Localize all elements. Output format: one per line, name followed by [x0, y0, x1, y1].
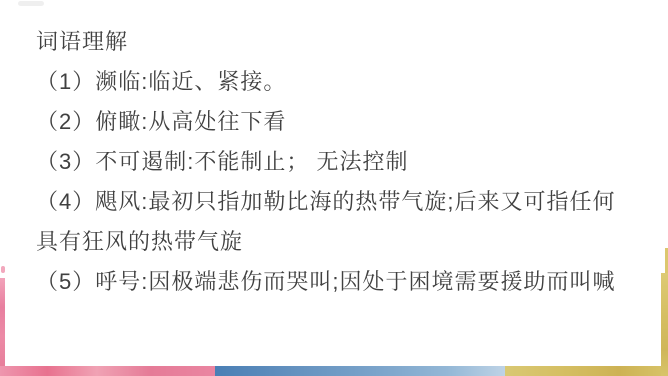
- definition-item-1: （1）濒临:临近、紧接。: [36, 62, 632, 102]
- watercolor-stripe-bottom-blue: [215, 366, 505, 376]
- definition-item-4: （4）飓风:最初只指加勒比海的热带气旋;后来又可指任何具有狂风的热带气旋: [36, 182, 632, 262]
- slide-canvas: 词语理解 （1）濒临:临近、紧接。 （2）俯瞰:从高处往下看 （3）不可遏制:不…: [0, 0, 668, 376]
- top-left-smudge: [18, 1, 44, 6]
- definition-item-5: （5）呼号:因极端悲伤而哭叫;因处于困境需要援助而叫喊: [36, 262, 632, 302]
- watercolor-stripe-bottom-pink: [0, 366, 215, 376]
- definition-item-3: （3）不可遏制:不能制止； 无法控制: [36, 142, 632, 182]
- watercolor-stripe-right-yellow: [661, 273, 668, 376]
- watercolor-stripe-left-pink-dot: [1, 266, 5, 273]
- watercolor-stripe-left-pink: [0, 278, 5, 376]
- definition-item-2: （2）俯瞰:从高处往下看: [36, 102, 632, 142]
- slide-title: 词语理解: [36, 22, 632, 62]
- slide-content: 词语理解 （1）濒临:临近、紧接。 （2）俯瞰:从高处往下看 （3）不可遏制:不…: [36, 22, 632, 302]
- watercolor-stripe-bottom-yellow: [505, 366, 668, 376]
